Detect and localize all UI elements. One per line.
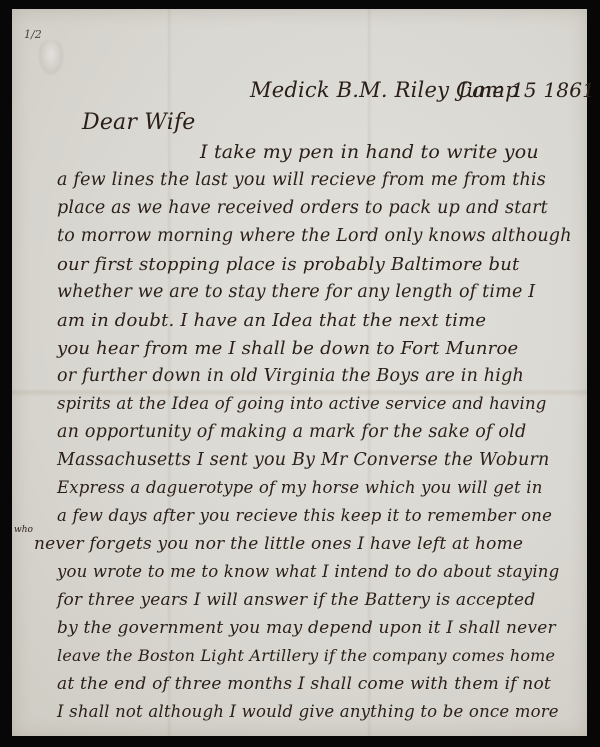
letter-line: leave the Boston Light Artillery if the … xyxy=(57,646,555,665)
salutation: Dear Wife xyxy=(82,110,196,135)
letter-line: I take my pen in hand to write you xyxy=(200,141,539,163)
margin-note: who xyxy=(14,525,33,535)
letter-line: you hear from me I shall be down to Fort… xyxy=(57,338,518,359)
letter-line: to morrow morning where the Lord only kn… xyxy=(57,226,572,246)
heading-date: June 15 1861 xyxy=(458,78,595,102)
letter-line: I shall not although I would give anythi… xyxy=(57,702,559,721)
letter-scan: 1/2 Medick B.M. Riley Camp June 15 1861 … xyxy=(0,0,600,747)
letter-line: our first stopping place is probably Bal… xyxy=(57,254,519,275)
letter-line: or further down in old Virginia the Boys… xyxy=(57,366,524,386)
letter-line: whether we are to stay there for any len… xyxy=(57,282,535,302)
letter-line: Express a daguerotype of my horse which … xyxy=(57,478,543,497)
page-marker: 1/2 xyxy=(24,28,42,41)
letter-line: for three years I will answer if the Bat… xyxy=(57,590,535,610)
letter-line: Massachusetts I sent you By Mr Converse … xyxy=(57,450,550,470)
letter-line: am in doubt. I have an Idea that the nex… xyxy=(57,310,486,331)
letter-line: you wrote to me to know what I intend to… xyxy=(57,562,559,581)
letter-line: spirits at the Idea of going into active… xyxy=(57,394,547,413)
embossed-seal-icon xyxy=(38,40,64,76)
letter-line: at the end of three months I shall come … xyxy=(57,674,551,694)
letter-line: by the government you may depend upon it… xyxy=(57,618,556,638)
letter-line: a few days after you recieve this keep i… xyxy=(57,506,552,525)
letter-line: a few lines the last you will recieve fr… xyxy=(57,170,546,190)
letter-line: place as we have received orders to pack… xyxy=(57,198,548,218)
letter-line: never forgets you nor the little ones I … xyxy=(34,534,523,554)
letter-line: an opportunity of making a mark for the … xyxy=(57,422,526,442)
